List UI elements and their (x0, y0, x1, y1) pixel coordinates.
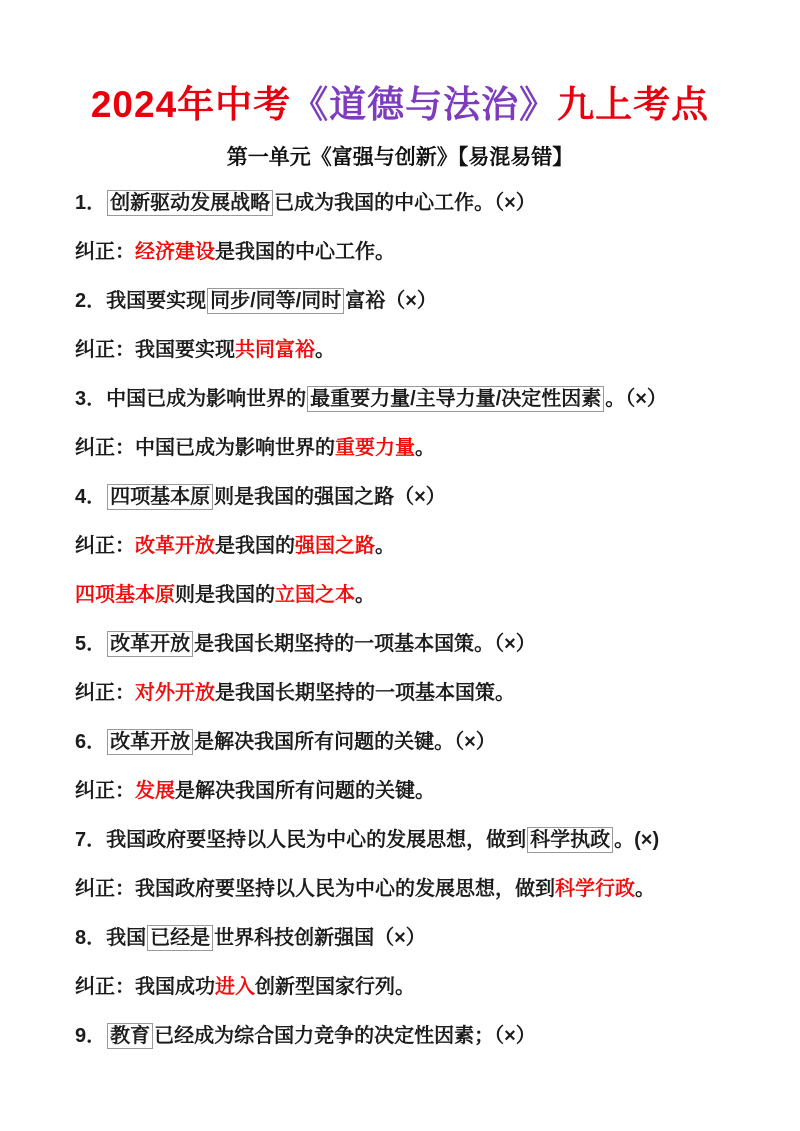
text-segment: 纠正： (75, 780, 135, 802)
text-segment: 6． (75, 731, 106, 753)
text-segment: 世界科技创新强国（×） (214, 927, 426, 949)
correction-line: 四项基本原则是我国的立国之本。 (75, 582, 745, 609)
text-segment: 。 (315, 339, 335, 361)
text-segment: 则是我国的 (175, 584, 275, 606)
text-segment: 9． (75, 1025, 106, 1047)
statement-line: 1．创新驱动发展战略已成为我国的中心工作。（×） (75, 190, 745, 217)
correction-line: 纠正：对外开放是我国长期坚持的一项基本国策。 (75, 680, 745, 707)
correction-line: 纠正：改革开放是我国的强国之路。 (75, 533, 745, 560)
text-segment: 纠正：我国要实现 (75, 339, 235, 361)
statement-line: 3．中国已成为影响世界的最重要力量/主导力量/决定性因素。（×） (75, 386, 745, 413)
text-segment: 8．我国 (75, 927, 146, 949)
text-segment: 。 (375, 535, 395, 557)
correct-term: 四项基本原 (75, 584, 175, 606)
text-segment: 5． (75, 633, 106, 655)
correction-line: 纠正：我国政府要坚持以人民为中心的发展思想，做到科学行政。 (75, 876, 745, 903)
statement-line: 5．改革开放是我国长期坚持的一项基本国策。（×） (75, 631, 745, 658)
document-page: 2024年中考《道德与法治》九上考点 第一单元《富强与创新》【易混易错】 1．创… (0, 0, 800, 1131)
boxed-wrong-term: 四项基本原 (107, 484, 213, 510)
text-segment: 是我国长期坚持的一项基本国策。 (215, 682, 515, 704)
text-segment: 。(×) (614, 829, 659, 851)
correction-line: 纠正：发展是解决我国所有问题的关键。 (75, 778, 745, 805)
text-segment: 纠正：我国成功 (75, 976, 215, 998)
text-segment: 是我国的中心工作。 (215, 241, 395, 263)
text-segment: 富裕（×） (345, 290, 437, 312)
correct-term: 改革开放 (135, 535, 215, 557)
correction-line: 纠正：经济建设是我国的中心工作。 (75, 239, 745, 266)
boxed-wrong-term: 最重要力量/主导力量/决定性因素 (307, 386, 604, 412)
boxed-wrong-term: 科学执政 (527, 827, 613, 853)
text-segment: 。 (355, 584, 375, 606)
text-segment: 7．我国政府要坚持以人民为中心的发展思想，做到 (75, 829, 526, 851)
boxed-wrong-term: 创新驱动发展战略 (107, 190, 273, 216)
title-red-segment: 九上考点 (557, 84, 709, 125)
correct-term: 进入 (215, 976, 255, 998)
correction-line: 纠正：我国要实现共同富裕。 (75, 337, 745, 364)
content-lines: 1．创新驱动发展战略已成为我国的中心工作。（×）纠正：经济建设是我国的中心工作。… (75, 190, 745, 1050)
text-segment: 3．中国已成为影响世界的 (75, 388, 306, 410)
page-title: 2024年中考《道德与法治》九上考点 (0, 0, 800, 126)
text-segment: 纠正： (75, 682, 135, 704)
correct-term: 重要力量 (335, 437, 415, 459)
text-segment: 是解决我国所有问题的关键。（×） (194, 731, 496, 753)
text-segment: 2．我国要实现 (75, 290, 206, 312)
correct-term: 科学行政 (555, 878, 635, 900)
text-segment: 。（×） (605, 388, 667, 410)
text-segment: 纠正：我国政府要坚持以人民为中心的发展思想，做到 (75, 878, 555, 900)
boxed-wrong-term: 改革开放 (107, 729, 193, 755)
text-segment: 是解决我国所有问题的关键。 (175, 780, 435, 802)
boxed-wrong-term: 已经是 (147, 925, 213, 951)
correct-term: 发展 (135, 780, 175, 802)
statement-line: 2．我国要实现同步/同等/同时富裕（×） (75, 288, 745, 315)
text-segment: 1． (75, 192, 106, 214)
correct-term: 对外开放 (135, 682, 215, 704)
text-segment: 是我国的 (215, 535, 295, 557)
statement-line: 7．我国政府要坚持以人民为中心的发展思想，做到科学执政。(×) (75, 827, 745, 854)
correct-term: 共同富裕 (235, 339, 315, 361)
correct-term: 经济建设 (135, 241, 215, 263)
boxed-wrong-term: 教育 (107, 1023, 153, 1049)
text-segment: 。 (415, 437, 435, 459)
unit-heading: 第一单元《富强与创新》【易混易错】 (0, 146, 800, 170)
text-segment: 已经成为综合国力竞争的决定性因素；（×） (154, 1025, 536, 1047)
text-segment: 则是我国的强国之路（×） (214, 486, 446, 508)
statement-line: 9．教育已经成为综合国力竞争的决定性因素；（×） (75, 1023, 745, 1050)
correct-term: 强国之路 (295, 535, 375, 557)
statement-line: 6．改革开放是解决我国所有问题的关键。（×） (75, 729, 745, 756)
statement-line: 4．四项基本原则是我国的强国之路（×） (75, 484, 745, 511)
correction-line: 纠正：中国已成为影响世界的重要力量。 (75, 435, 745, 462)
title-red-segment: 2024年中考 (91, 84, 291, 125)
statement-line: 8．我国已经是世界科技创新强国（×） (75, 925, 745, 952)
text-segment: 。 (635, 878, 655, 900)
text-segment: 创新型国家行列。 (255, 976, 415, 998)
text-segment: 纠正：中国已成为影响世界的 (75, 437, 335, 459)
correction-line: 纠正：我国成功进入创新型国家行列。 (75, 974, 745, 1001)
text-segment: 纠正： (75, 535, 135, 557)
text-segment: 是我国长期坚持的一项基本国策。（×） (194, 633, 536, 655)
correct-term: 立国之本 (275, 584, 355, 606)
text-segment: 已成为我国的中心工作。（×） (274, 192, 536, 214)
boxed-wrong-term: 改革开放 (107, 631, 193, 657)
title-purple-segment: 《道德与法治》 (291, 84, 557, 125)
text-segment: 4． (75, 486, 106, 508)
text-segment: 纠正： (75, 241, 135, 263)
boxed-wrong-term: 同步/同等/同时 (207, 288, 344, 314)
